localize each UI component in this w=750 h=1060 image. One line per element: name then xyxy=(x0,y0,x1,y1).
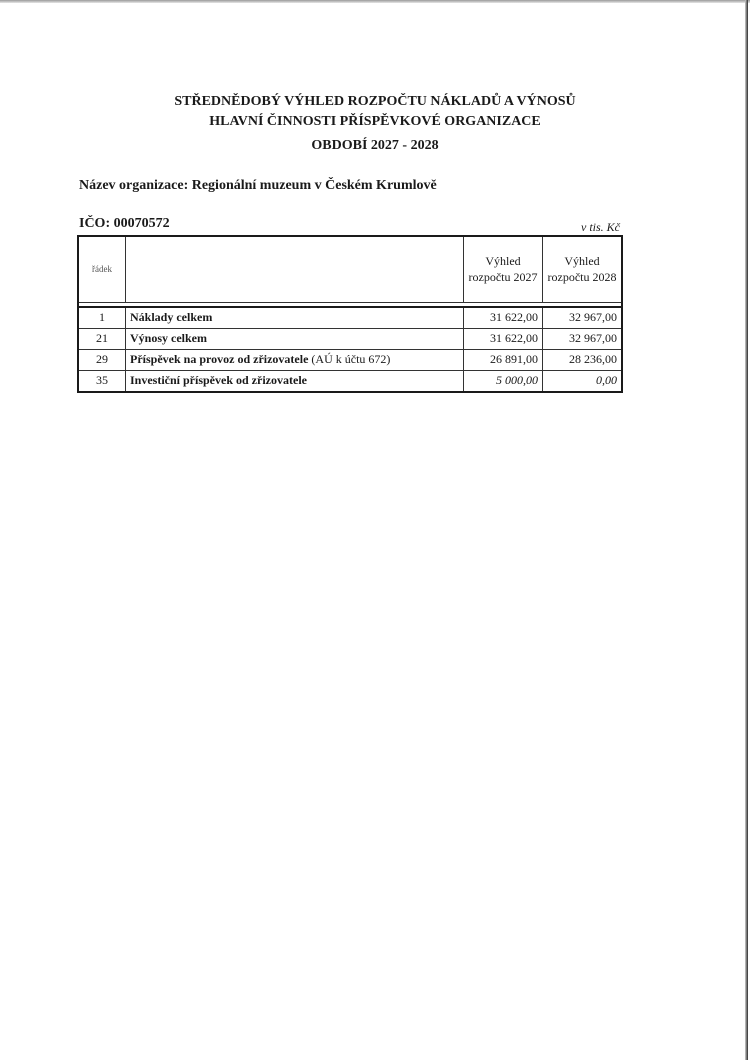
title-line-2: HLAVNÍ ČINNOSTI PŘÍSPĚVKOVÉ ORGANIZACE xyxy=(0,112,750,132)
table-row: 1 Náklady celkem 31 622,00 32 967,00 xyxy=(78,307,622,329)
units-label: v tis. Kč xyxy=(581,220,620,235)
row-number: 21 xyxy=(78,328,126,349)
row-label: Náklady celkem xyxy=(126,307,464,329)
title-line-1: STŘEDNĚDOBÝ VÝHLED ROZPOČTU NÁKLADŮ A VÝ… xyxy=(0,92,750,112)
header-row-number: řádek xyxy=(78,236,126,302)
value-2028: 28 236,00 xyxy=(543,349,623,370)
row-label-text: Investiční příspěvek od zřizovatele xyxy=(130,373,307,387)
scan-edge-right xyxy=(745,0,748,1060)
row-number: 29 xyxy=(78,349,126,370)
document-title: STŘEDNĚDOBÝ VÝHLED ROZPOČTU NÁKLADŮ A VÝ… xyxy=(0,92,750,156)
title-period: OBDOBÍ 2027 - 2028 xyxy=(0,136,750,156)
value-2027: 31 622,00 xyxy=(464,328,543,349)
row-label-text: Příspěvek na provoz od zřizovatele xyxy=(130,352,308,366)
header-description xyxy=(126,236,464,302)
value-2028: 32 967,00 xyxy=(543,328,623,349)
row-label: Příspěvek na provoz od zřizovatele (AÚ k… xyxy=(126,349,464,370)
value-2028: 32 967,00 xyxy=(543,307,623,329)
scan-edge-top xyxy=(0,0,750,3)
table-row: 29 Příspěvek na provoz od zřizovatele (A… xyxy=(78,349,622,370)
row-note: (AÚ k účtu 672) xyxy=(308,352,390,366)
row-number: 1 xyxy=(78,307,126,329)
row-label-text: Náklady celkem xyxy=(130,310,212,324)
row-label-text: Výnosy celkem xyxy=(130,331,207,345)
header-2027: Výhled rozpočtu 2027 xyxy=(464,236,543,302)
value-2027: 5 000,00 xyxy=(464,370,543,392)
row-number: 35 xyxy=(78,370,126,392)
value-2028: 0,00 xyxy=(543,370,623,392)
organization-name: Název organizace: Regionální muzeum v Če… xyxy=(79,178,437,194)
table-header-row: řádek Výhled rozpočtu 2027 Výhled rozpoč… xyxy=(78,236,622,302)
value-2027: 31 622,00 xyxy=(464,307,543,329)
row-label: Výnosy celkem xyxy=(126,328,464,349)
row-label: Investiční příspěvek od zřizovatele xyxy=(126,370,464,392)
value-2027: 26 891,00 xyxy=(464,349,543,370)
table-row: 21 Výnosy celkem 31 622,00 32 967,00 xyxy=(78,328,622,349)
ico-number: IČO: 00070572 xyxy=(79,216,170,232)
table-row: 35 Investiční příspěvek od zřizovatele 5… xyxy=(78,370,622,392)
header-2028: Výhled rozpočtu 2028 xyxy=(543,236,623,302)
budget-table: řádek Výhled rozpočtu 2027 Výhled rozpoč… xyxy=(77,235,623,393)
